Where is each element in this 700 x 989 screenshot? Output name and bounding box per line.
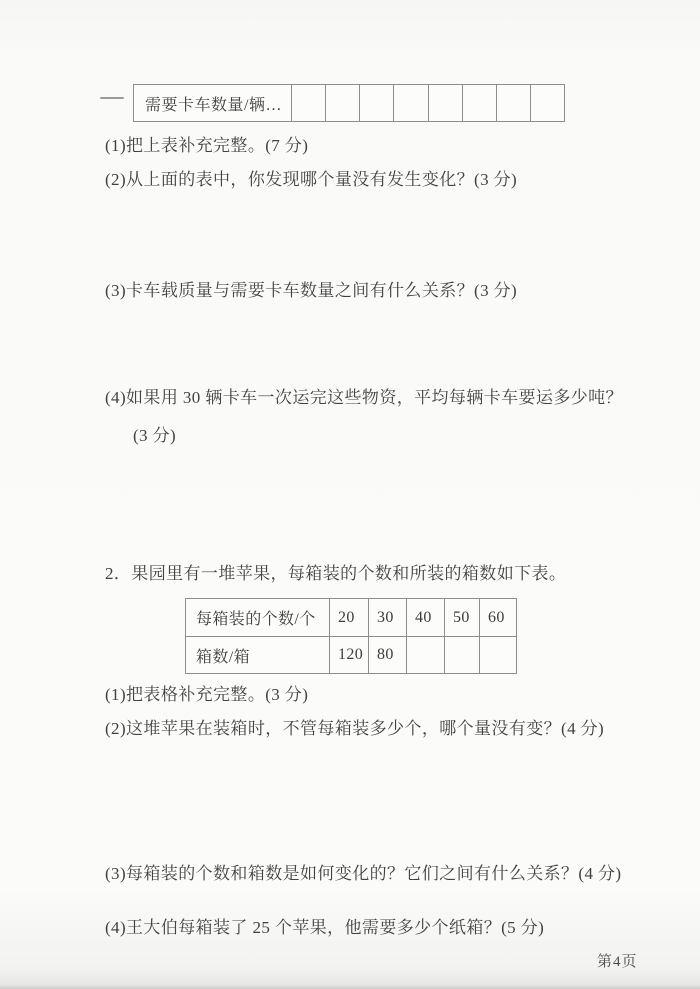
apple-table-row2-header: 箱数/箱 [186, 636, 329, 673]
question1-part4-line1: (4)如果用 30 辆卡车一次运完这些物资，平均每辆卡车要运多少吨？ [105, 388, 623, 408]
page-number: 第4页 [597, 950, 638, 971]
truck-table-row-label: 需要卡车数量/辆… [134, 85, 291, 121]
question2-part3: (3)每箱装的个数和箱数是如何变化的？它们之间有什么关系？(4 分) [105, 864, 622, 884]
scan-artifact-dash [100, 97, 124, 99]
question1-part3: (3)卡车载质量与需要卡车数量之间有什么关系？(3 分) [105, 281, 517, 301]
truck-table: 需要卡车数量/辆… [133, 84, 565, 122]
apple-table-cell: 60 [479, 599, 516, 636]
apple-table-cell [479, 636, 516, 673]
truck-table-empty-cell [291, 85, 325, 121]
truck-table-empty-cell [530, 85, 564, 121]
scan-bottom-edge [0, 985, 700, 989]
apple-table-cell: 50 [444, 599, 479, 636]
question1-part4-score: (3 分) [133, 426, 176, 446]
question2-part4: (4)王大伯每箱装了 25 个苹果，他需要多少个纸箱？(5 分) [105, 918, 544, 938]
truck-table-empty-cell [325, 85, 359, 121]
question2-part2: (2)这堆苹果在装箱时，不管每箱装多少个，哪个量没有变？(4 分) [105, 719, 604, 739]
apple-table-cell: 120 [329, 636, 368, 673]
apple-table-cell: 30 [368, 599, 406, 636]
truck-table-empty-cell [359, 85, 393, 121]
apple-table-cell: 80 [368, 636, 406, 673]
apple-table-cell [406, 636, 444, 673]
question1-part1: (1)把上表补充完整。(7 分) [105, 136, 308, 156]
apple-table-cell [444, 636, 479, 673]
apple-table-cell: 20 [329, 599, 368, 636]
question2-part1: (1)把表格补充完整。(3 分) [105, 685, 308, 705]
truck-table-empty-cell [496, 85, 530, 121]
worksheet-page: 需要卡车数量/辆… (1)把上表补充完整。(7 分) (2)从上面的表中，你发现… [0, 0, 700, 989]
truck-table-empty-cell [462, 85, 496, 121]
apple-table-cell: 40 [406, 599, 444, 636]
question2-intro: 2．果园里有一堆苹果，每箱装的个数和所装的箱数如下表。 [105, 564, 566, 584]
apple-table: 每箱装的个数/个 20 30 40 50 60 箱数/箱 120 80 [185, 598, 517, 674]
apple-table-row1-header: 每箱装的个数/个 [186, 599, 329, 636]
truck-table-empty-cell [393, 85, 427, 121]
truck-table-empty-cell [428, 85, 462, 121]
question1-part2: (2)从上面的表中，你发现哪个量没有发生变化？(3 分) [105, 170, 517, 190]
